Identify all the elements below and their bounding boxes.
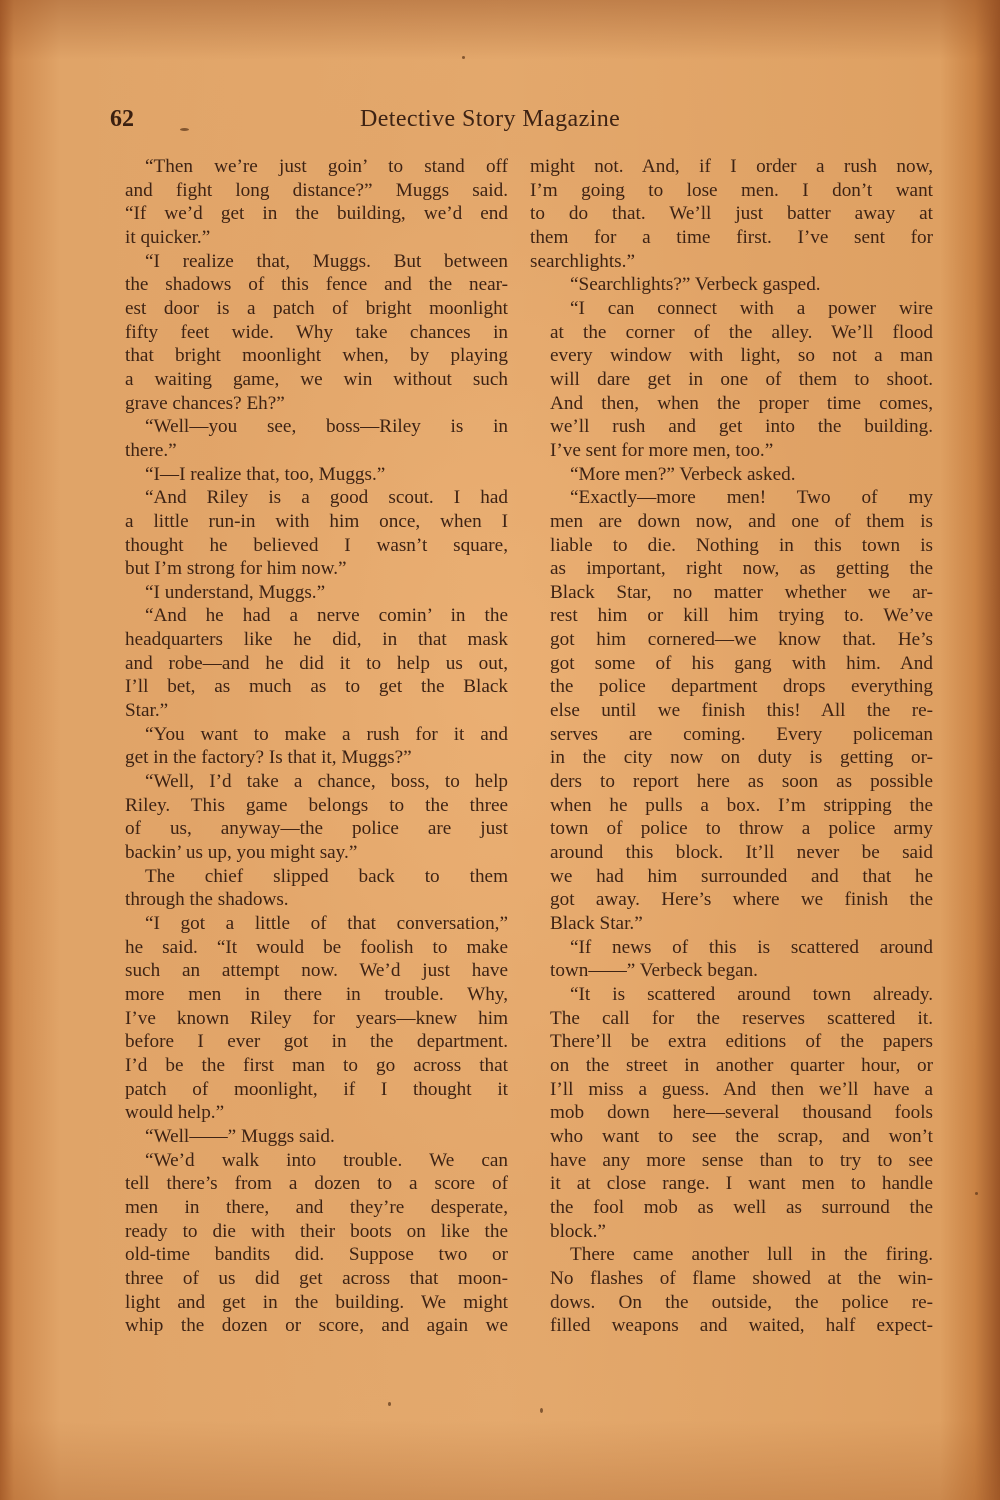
text-line: the fool mob as well as surround the — [530, 1196, 933, 1220]
text-line: block.” — [530, 1220, 933, 1244]
text-line: est door is a patch of bright moonlight — [105, 297, 508, 321]
right-column: might not. And, if I order a rush now,I’… — [530, 155, 933, 1338]
paper-speck — [180, 128, 189, 131]
text-line: thought he believed I wasn’t square, — [105, 534, 508, 558]
text-line: at the corner of the alley. We’ll flood — [530, 321, 933, 345]
text-line: dows. On the outside, the police re- — [530, 1291, 933, 1315]
text-line: but I’m strong for him now.” — [105, 557, 508, 581]
text-line: three of us did get across that moon- — [105, 1267, 508, 1291]
text-line: more men in there in trouble. Why, — [105, 983, 508, 1007]
text-line: No flashes of flame showed at the win- — [530, 1267, 933, 1291]
text-line: The call for the reserves scattered it. — [530, 1007, 933, 1031]
paragraph: There came another lull in the firing.No… — [530, 1243, 933, 1338]
text-line: And then, when the proper time comes, — [530, 392, 933, 416]
text-line: that bright moonlight when, by playing — [105, 344, 508, 368]
paragraph: “Well——” Muggs said. — [105, 1125, 508, 1149]
paragraph: “Well—you see, boss—Riley is inthere.” — [105, 415, 508, 462]
paragraph: “And Riley is a good scout. I hada littl… — [105, 486, 508, 581]
text-line: “And he had a nerve comin’ in the — [105, 604, 508, 628]
text-line: there.” — [105, 439, 508, 463]
text-line: grave chances? Eh?” — [105, 392, 508, 416]
text-line: them for a time first. I’ve sent for — [530, 226, 933, 250]
text-line: “I—I realize that, too, Muggs.” — [105, 463, 508, 487]
text-line: I’ll miss a guess. And then we’ll have a — [530, 1078, 933, 1102]
text-line: have any more sense than to try to see — [530, 1149, 933, 1173]
text-line: liable to die. Nothing in this town is — [530, 534, 933, 558]
text-line: would help.” — [105, 1101, 508, 1125]
text-line: ready to die with their boots on like th… — [105, 1220, 508, 1244]
text-line: I’ve sent for more men, too.” — [530, 439, 933, 463]
text-line: got him cornered—we know that. He’s — [530, 628, 933, 652]
paragraph: “Then we’re just goin’ to stand offand f… — [105, 155, 508, 250]
paragraph: “Exactly—more men! Two of mymen are down… — [530, 486, 933, 935]
paragraph: “It is scattered around town already.The… — [530, 983, 933, 1243]
paragraph: “I realize that, Muggs. But betweenthe s… — [105, 250, 508, 416]
text-line: town——” Verbeck began. — [530, 959, 933, 983]
text-line: “You want to make a rush for it and — [105, 723, 508, 747]
text-line: “We’d walk into trouble. We can — [105, 1149, 508, 1173]
text-line: I’d be the first man to go across that — [105, 1054, 508, 1078]
paragraph: “If news of this is scattered aroundtown… — [530, 936, 933, 983]
left-column: “Then we’re just goin’ to stand offand f… — [105, 155, 508, 1338]
paragraph: “More men?” Verbeck asked. — [530, 463, 933, 487]
text-line: Black Star, no matter whether we ar- — [530, 581, 933, 605]
text-line: “More men?” Verbeck asked. — [530, 463, 933, 487]
text-line: “Searchlights?” Verbeck gasped. — [530, 273, 933, 297]
text-line: of us, anyway—the police are just — [105, 817, 508, 841]
text-line: when he pulls a box. I’m stripping the — [530, 794, 933, 818]
text-line: The chief slipped back to them — [105, 865, 508, 889]
text-line: filled weapons and waited, half expect- — [530, 1314, 933, 1338]
text-line: “I can connect with a power wire — [530, 297, 933, 321]
text-line: the shadows of this fence and the near- — [105, 273, 508, 297]
text-line: it at close range. I want men to handle — [530, 1172, 933, 1196]
text-line: before I ever got in the department. — [105, 1030, 508, 1054]
text-line: every window with light, so not a man — [530, 344, 933, 368]
paragraph: might not. And, if I order a rush now,I’… — [530, 155, 933, 273]
paper-speck — [540, 1408, 543, 1413]
text-line: in the city now on duty is getting or- — [530, 746, 933, 770]
text-line: “I understand, Muggs.” — [105, 581, 508, 605]
text-line: got some of his gang with him. And — [530, 652, 933, 676]
text-line: it quicker.” — [105, 226, 508, 250]
text-line: “And Riley is a good scout. I had — [105, 486, 508, 510]
text-line: got away. Here’s where we finish the — [530, 888, 933, 912]
text-line: town of police to throw a police army — [530, 817, 933, 841]
paper-speck — [388, 1402, 391, 1406]
text-line: I’ll bet, as much as to get the Black — [105, 675, 508, 699]
text-line: “If we’d get in the building, we’d end — [105, 202, 508, 226]
text-line: rest him or kill him trying to. We’ve — [530, 604, 933, 628]
text-line: such an attempt now. We’d just have — [105, 959, 508, 983]
text-line: “Well——” Muggs said. — [105, 1125, 508, 1149]
text-line: ders to report here as soon as possible — [530, 770, 933, 794]
page-number: 62 — [110, 106, 134, 133]
text-line: headquarters like he did, in that mask — [105, 628, 508, 652]
text-line: men are down now, and one of them is — [530, 510, 933, 534]
text-line: “If news of this is scattered around — [530, 936, 933, 960]
text-line: Star.” — [105, 699, 508, 723]
text-line: will dare get in one of them to shoot. — [530, 368, 933, 392]
paragraph: “And he had a nerve comin’ in theheadqua… — [105, 604, 508, 722]
text-line: light and get in the building. We might — [105, 1291, 508, 1315]
text-line: whip the dozen or score, and again we — [105, 1314, 508, 1338]
paragraph: “You want to make a rush for it andget i… — [105, 723, 508, 770]
text-line: patch of moonlight, if I thought it — [105, 1078, 508, 1102]
text-line: searchlights.” — [530, 250, 933, 274]
text-line: serves are coming. Every policeman — [530, 723, 933, 747]
text-line: “I got a little of that conversation,” — [105, 912, 508, 936]
text-line: “Exactly—more men! Two of my — [530, 486, 933, 510]
text-line: men in there, and they’re desperate, — [105, 1196, 508, 1220]
paragraph: “I understand, Muggs.” — [105, 581, 508, 605]
text-line: around this block. It’ll never be said — [530, 841, 933, 865]
text-line: fifty feet wide. Why take chances in — [105, 321, 508, 345]
text-line: the police department drops everything — [530, 675, 933, 699]
text-line: Riley. This game belongs to the three — [105, 794, 508, 818]
magazine-page: 62 Detective Story Magazine “Then we’re … — [0, 0, 1000, 1500]
text-line: backin’ us up, you might say.” — [105, 841, 508, 865]
text-line: “It is scattered around town already. — [530, 983, 933, 1007]
text-line: to do that. We’ll just batter away at — [530, 202, 933, 226]
text-line: and fight long distance?” Muggs said. — [105, 179, 508, 203]
text-line: might not. And, if I order a rush now, — [530, 155, 933, 179]
paper-speck — [975, 1192, 978, 1195]
text-line: who want to see the scrap, and won’t — [530, 1125, 933, 1149]
text-line: and robe—and he did it to help us out, — [105, 652, 508, 676]
text-line: “I realize that, Muggs. But between — [105, 250, 508, 274]
paragraph: “I can connect with a power wireat the c… — [530, 297, 933, 463]
text-line: on the street in another quarter hour, o… — [530, 1054, 933, 1078]
page-header: 62 Detective Story Magazine — [110, 106, 980, 146]
running-title: Detective Story Magazine — [360, 106, 620, 133]
text-line: else until we finish this! All the re- — [530, 699, 933, 723]
text-line: I’m going to lose men. I don’t want — [530, 179, 933, 203]
text-line: we’ll rush and get into the building. — [530, 415, 933, 439]
paragraph: “Searchlights?” Verbeck gasped. — [530, 273, 933, 297]
paragraph: “Well, I’d take a chance, boss, to helpR… — [105, 770, 508, 865]
paper-speck — [462, 56, 465, 59]
text-line: “Well, I’d take a chance, boss, to help — [105, 770, 508, 794]
text-line: we had him surrounded and that he — [530, 865, 933, 889]
text-line: Black Star.” — [530, 912, 933, 936]
text-line: he said. “It would be foolish to make — [105, 936, 508, 960]
paragraph: “We’d walk into trouble. We cantell ther… — [105, 1149, 508, 1338]
text-line: as important, right now, as getting the — [530, 557, 933, 581]
text-line: a little run-in with him once, when I — [105, 510, 508, 534]
text-line: get in the factory? Is that it, Muggs?” — [105, 746, 508, 770]
text-line: I’ve known Riley for years—knew him — [105, 1007, 508, 1031]
text-line: old-time bandits did. Suppose two or — [105, 1243, 508, 1267]
text-line: There’ll be extra editions of the papers — [530, 1030, 933, 1054]
text-line: “Well—you see, boss—Riley is in — [105, 415, 508, 439]
text-line: “Then we’re just goin’ to stand off — [105, 155, 508, 179]
text-line: mob down here—several thousand fools — [530, 1101, 933, 1125]
text-line: a waiting game, we win without such — [105, 368, 508, 392]
paragraph: “I—I realize that, too, Muggs.” — [105, 463, 508, 487]
text-line: tell there’s from a dozen to a score of — [105, 1172, 508, 1196]
text-line: There came another lull in the firing. — [530, 1243, 933, 1267]
text-line: through the shadows. — [105, 888, 508, 912]
paragraph: The chief slipped back to themthrough th… — [105, 865, 508, 912]
paragraph: “I got a little of that conversation,”he… — [105, 912, 508, 1125]
